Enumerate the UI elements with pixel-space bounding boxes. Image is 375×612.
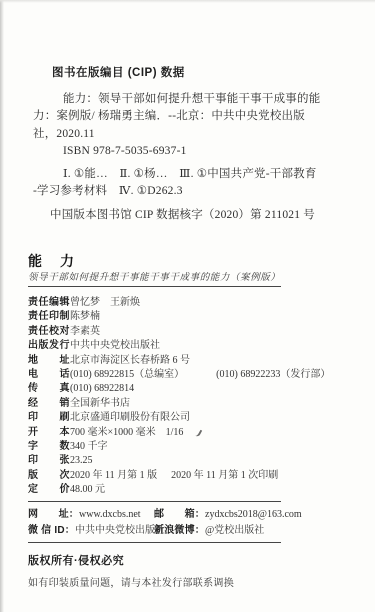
email-label: 邮 箱： [154, 507, 205, 523]
cip-record-line: 力：案例版/ 杨瑞勇主编．--北京：中共中央党校出版 [33, 108, 355, 126]
colophon-value: 北京市海淀区长春桥路 6 号 [70, 354, 190, 368]
colophon-value: (010) 68922815（总编室） [70, 368, 184, 382]
cip-classification: Ⅰ. ①能… Ⅱ. ①杨… Ⅲ. ①中国共产党-干部教育 -学习参考材料 Ⅳ. … [33, 166, 355, 201]
page-edge-shadow-top [0, 0, 375, 3]
cip-record: 能力：领导干部如何提升想干事能干事干成事的能 力：案例版/ 杨瑞勇主编．--北京… [33, 91, 355, 144]
colophon-label: 地 址 [28, 354, 70, 368]
colophon-value: 北京盛通印刷股份有限公司 [70, 411, 190, 425]
colophon-value: 340 千字 [70, 440, 108, 454]
book-subtitle: 领导干部如何提升想干事能干事干成事的能力（案例版） [28, 272, 355, 285]
divider-rule [28, 286, 281, 287]
colophon-label: 电 话 [28, 368, 70, 382]
colophon-label: 传 真 [28, 382, 70, 396]
colophon-label: 经 销 [28, 397, 70, 411]
cip-section: 图书在版编目 (CIP) 数据 能力：领导干部如何提升想干事能干事干成事的能 力… [33, 65, 355, 224]
cip-classification-line: Ⅰ. ①能… Ⅱ. ①杨… Ⅲ. ①中国共产党-干部教育 [63, 166, 355, 184]
colophon-row-format: 开 本 700 毫米×1000 毫米 1/16 [28, 426, 355, 440]
colophon-value-2: (010) 68922233（发行部） [216, 368, 330, 382]
colophon-row-editor: 责任编辑 曾忆梦 王新焕 [28, 296, 355, 310]
cip-classification-line: -学习参考材料 Ⅳ. ①D262.3 [33, 183, 355, 201]
email-value: zydxcbs2018@163.com [205, 507, 302, 523]
colophon-row-word-count: 字 数 340 千字 [28, 440, 355, 454]
colophon-value: 23.25 [70, 454, 93, 468]
colophon-label: 定 价 [28, 483, 70, 497]
colophon-row-price: 定 价 48.00 元 [28, 483, 355, 497]
colophon-label: 出版发行 [28, 339, 70, 353]
wechat-label: 微 信 ID： [28, 523, 75, 539]
colophon-value: 48.00 元 [70, 483, 105, 497]
colophon-label: 开 本 [28, 426, 70, 440]
cip-registry: 中国版本图书馆 CIP 数据核字（2020）第 211021 号 [50, 207, 355, 225]
colophon-row-phone: 电 话 (010) 68922815（总编室） (010) 68922233（发… [28, 368, 355, 382]
colophon-row-fax: 传 真 (010) 68922814 [28, 382, 355, 396]
colophon-value: 全国新华书店 [70, 397, 130, 411]
wechat-value: 中共中央党校出版社 [75, 523, 165, 539]
copyright-page: 图书在版编目 (CIP) 数据 能力：领导干部如何提升想干事能干事干成事的能 力… [0, 0, 375, 612]
weibo-label: 新浪微博： [154, 523, 205, 539]
colophon-value: 700 毫米×1000 毫米 1/16 [70, 426, 183, 440]
footer-section: 版权所有·侵权必究 如有印装质量问题，请与本社发行部联系调换 [28, 552, 355, 589]
colophon-section: 责任编辑 曾忆梦 王新焕 责任印制 陈梦楠 责任校对 李素英 出版发行 中共中央… [28, 296, 355, 502]
colophon-value-2: 2020 年 11 月第 1 次印刷 [171, 469, 278, 483]
book-title: 能 力 [28, 253, 355, 270]
colophon-label: 责任编辑 [28, 296, 70, 310]
isbn-line: ISBN 978-7-5035-6937-1 [63, 143, 355, 161]
colophon-row-edition: 版 次 2020 年 11 月第 1 版 2020 年 11 月第 1 次印刷 [28, 469, 355, 483]
website-value: www.dxcbs.net [79, 507, 141, 523]
weibo-value: @党校出版社 [205, 523, 264, 539]
colophon-value: 中共中央党校出版社 [70, 339, 160, 353]
colophon-value: 曾忆梦 王新焕 [70, 296, 140, 310]
website-label: 网 址： [28, 507, 79, 523]
colophon-label: 责任印制 [28, 310, 70, 324]
colophon-value: (010) 68922814 [70, 382, 134, 396]
cip-heading: 图书在版编目 (CIP) 数据 [52, 65, 355, 83]
colophon-row-printer: 印 刷 北京盛通印刷股份有限公司 [28, 411, 355, 425]
divider-rule [28, 501, 281, 502]
divider-rule [28, 542, 281, 543]
colophon-row-distribution: 经 销 全国新华书店 [28, 397, 355, 411]
contact-row-2: 微 信 ID： 中共中央党校出版社 新浪微博： @党校出版社 [28, 523, 355, 539]
cip-record-line: 社，2020.11 [33, 126, 355, 144]
copyright-notice: 版权所有·侵权必究 [28, 552, 355, 568]
colophon-label: 字 数 [28, 440, 70, 454]
colophon-label: 印 刷 [28, 411, 70, 425]
colophon-label: 印 张 [28, 454, 70, 468]
colophon-label: 责任校对 [28, 325, 70, 339]
colophon-label: 版 次 [28, 469, 70, 483]
quality-note: 如有印装质量问题，请与本社发行部联系调换 [28, 574, 355, 589]
colophon-row-publisher: 出版发行 中共中央党校出版社 [28, 339, 355, 353]
contact-section: 网 址： www.dxcbs.net 邮 箱： zydxcbs2018@163.… [28, 507, 355, 543]
colophon-value: 李素英 [70, 325, 100, 339]
book-head: 能 力 领导干部如何提升想干事能干事干成事的能力（案例版） [28, 253, 355, 287]
colophon-value: 陈梦楠 [70, 310, 100, 324]
contact-row-1: 网 址： www.dxcbs.net 邮 箱： zydxcbs2018@163.… [28, 507, 355, 523]
colophon-row-sheets: 印 张 23.25 [28, 454, 355, 468]
colophon-value: 2020 年 11 月第 1 版 [70, 469, 157, 483]
colophon-row-proofreader: 责任校对 李素英 [28, 325, 355, 339]
colophon-row-print-supervisor: 责任印制 陈梦楠 [28, 310, 355, 324]
cip-record-line: 能力：领导干部如何提升想干事能干事干成事的能 [63, 91, 355, 109]
colophon-row-address: 地 址 北京市海淀区长春桥路 6 号 [28, 354, 355, 368]
